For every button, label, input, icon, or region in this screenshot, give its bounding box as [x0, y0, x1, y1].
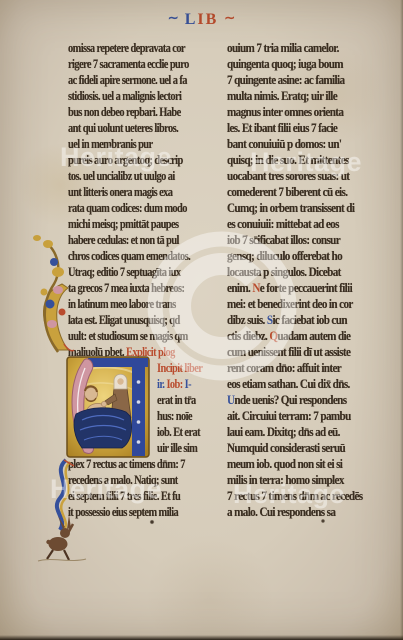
text-line: quisq; in die suo. Et mittentes [227, 152, 378, 168]
illuminated-initial-V [64, 354, 152, 460]
text-segment: quisq; in die suo. Et mittentes [227, 153, 349, 167]
text-line: bant conuiuiū p domos: un' [227, 136, 378, 152]
text-segment: iob 7 sc̄ificabat illos: consur [227, 233, 340, 247]
text-line: enim. Ne forte peccauerint filii [227, 280, 378, 296]
text-line: in latinum meo labore trans [68, 296, 196, 312]
title-letter: B [206, 11, 219, 28]
text-segment: ait. Circuiui terram: 7 pambu [227, 409, 351, 423]
text-segment: erat in tr̄a [157, 393, 196, 407]
text-segment: uult: et studiosum se magis qm [68, 329, 188, 343]
text-segment: ic faciebat iob cun [272, 313, 346, 327]
text-line: lata est. Eligat unusquisq; qd [68, 312, 196, 328]
text-line: a malo. Cui respondens sa [227, 504, 378, 520]
text-line: Unde uenis? Qui respondens [227, 392, 378, 408]
text-segment: uadam autem die [277, 329, 350, 343]
text-line: mei: et benedixerint deo in cor [227, 296, 378, 312]
text-segment: quingenta quoq; iuga boum [227, 57, 343, 71]
text-line: cum uenissent filii dī ut assiste [227, 344, 378, 360]
text-line: es conuiuii: mittebat ad eos [227, 216, 378, 232]
text-line: pureis auro argentoq; descrip [68, 152, 196, 168]
text-segment: stidiosis. uel a malignis lectori [68, 89, 181, 103]
text-line: uocabant tres sorores suas: ut [227, 168, 378, 184]
text-line: iob 7 sc̄ificabat illos: consur [227, 232, 378, 248]
text-line: habere cedulas: et non tā pul [68, 232, 196, 248]
text-line: ctis diebz. Quadam autem die [227, 328, 378, 344]
text-line: ouium 7 tria milia camelor. [227, 40, 378, 56]
text-line: unt litteris onera magis exa [68, 184, 196, 200]
text-line: gensq; diluculo offerebat ho [227, 248, 378, 264]
text-segment: lata est. Eligat unusquisq; qd [68, 313, 180, 327]
text-segment: multa nimis. Eratq; uir ille [227, 89, 337, 103]
text-line: dibz suis. Sic faciebat iob cun [227, 312, 378, 328]
title-letter: L [185, 11, 198, 28]
rubric-segment: Incipit liber [157, 361, 202, 375]
text-line: tos. uel uncialibz ut uulgo ai [68, 168, 196, 184]
text-segment: bant conuiuiū p domos: un' [227, 137, 341, 151]
text-segment: 7 rectus 7 timens dn̄m ac recedēs [227, 489, 363, 503]
rubric-segment: Iob: [166, 377, 184, 391]
rubric-segment: ir. [157, 377, 166, 391]
text-segment: dibz suis. [227, 313, 267, 327]
photo-edge-shadow-bottom [0, 635, 403, 640]
text-segment: 7 quingente asine: ac familia [227, 73, 344, 87]
title-flourish-right: ∼ [224, 10, 235, 25]
text-segment: a malo. Cui respondens sa [227, 505, 335, 519]
text-column-right: ouium 7 tria milia camelor.quingenta quo… [227, 40, 395, 520]
text-segment: ac fideli apire sermone. uel a fa [68, 73, 187, 87]
text-segment: tos. uel uncialibz ut uulgo ai [68, 169, 175, 183]
text-line: Numquid considerasti seruū [227, 440, 378, 456]
text-segment: uocabant tres sorores suas: ut [227, 169, 349, 183]
text-segment: pureis auro argentoq; descrip [68, 153, 183, 167]
text-segment: eos etiam sathan. Cui dix̄ dn̄s. [227, 377, 350, 391]
running-title: ∼ LIB ∼ [0, 10, 403, 29]
text-line: ant qui uolunt ueteres libros. [68, 120, 196, 136]
text-segment: cum uenissent filii dī ut assiste [227, 345, 350, 359]
ornament-shapes [33, 235, 74, 352]
text-segment: uel in membranis pur [68, 137, 153, 151]
text-segment: meum iob. quod non sit ei si [227, 457, 342, 471]
text-segment: milis in terra: homo simplex [227, 473, 344, 487]
text-line: rigere 7 sacramenta ecclie puro [68, 56, 196, 72]
title-letter: I [197, 11, 205, 28]
text-segment: es conuiuii: mittebat ad eos [227, 217, 339, 231]
text-line: eos etiam sathan. Cui dix̄ dn̄s. [227, 376, 378, 392]
text-line: ta grecos 7 mea iuxta hebreos: [68, 280, 196, 296]
text-segment: rigere 7 sacramenta ecclie puro [68, 57, 189, 71]
text-line: rata quam codices: dum modo [68, 200, 196, 216]
rubric-segment: I- [185, 377, 191, 391]
text-line: Cumq; in orbem transissent di [227, 200, 378, 216]
text-segment: enim. [227, 281, 252, 295]
text-segment: mei: et benedixerint deo in cor [227, 297, 353, 311]
text-line: meum iob. quod non sit ei si [227, 456, 378, 472]
text-segment: comederent 7 biberent cū eis. [227, 185, 347, 199]
text-segment: Numquid considerasti seruū [227, 441, 345, 455]
text-segment: magnus inter omnes orienta [227, 105, 343, 119]
text-line: omissa repetere depravata cor [68, 40, 196, 56]
text-segment: michi meisq; pmittāt paupes [68, 217, 178, 231]
text-line: comederent 7 biberent cū eis. [227, 184, 378, 200]
text-segment: uir ille sim [157, 441, 197, 455]
bed-blanket [74, 408, 132, 448]
text-segment: habere cedulas: et non tā pul [68, 233, 179, 247]
text-line: 7 rectus 7 timens dn̄m ac recedēs [227, 488, 378, 504]
text-segment: gensq; diluculo offerebat ho [227, 249, 342, 263]
text-segment: ant qui uolunt ueteres libros. [68, 121, 178, 135]
text-line: michi meisq; pmittāt paupes [68, 216, 196, 232]
running-title-letters: LIB [185, 11, 219, 28]
text-segment: iob. Et erat [157, 425, 200, 439]
text-segment: les. Et ibant filii eius 7 facie [227, 121, 337, 135]
text-segment: unt litteris onera magis exa [68, 185, 172, 199]
text-segment: rent coram dn̄o: affuit inter [227, 361, 341, 375]
text-line: ait. Circuiui terram: 7 pambu [227, 408, 378, 424]
text-line: multa nimis. Eratq; uir ille [227, 88, 378, 104]
text-line: ac fideli apire sermone. uel a fa [68, 72, 196, 88]
text-line: stidiosis. uel a malignis lectori [68, 88, 196, 104]
foliate-dragon-ornament [28, 232, 76, 358]
text-line: uel in membranis pur [68, 136, 196, 152]
text-segment: in latinum meo labore trans [68, 297, 176, 311]
text-line: bus non debeo repbari. Habe [68, 104, 196, 120]
text-segment: ouium 7 tria milia camelor. [227, 41, 339, 55]
text-line: magnus inter omnes orienta [227, 104, 378, 120]
text-segment: laui eam. Dixitq; dn̄s ad eū. [227, 425, 340, 439]
text-line: quingenta quoq; iuga boum [227, 56, 378, 72]
text-segment: Cumq; in orbem transissent di [227, 201, 354, 215]
text-segment: ta grecos 7 mea iuxta hebreos: [68, 281, 184, 295]
text-segment: locausta p singulos. Dicebat [227, 265, 341, 279]
text-line: milis in terra: homo simplex [227, 472, 378, 488]
title-flourish-left: ∼ [168, 10, 179, 25]
text-segment: bus non debeo repbari. Habe [68, 105, 181, 119]
rubric-segment: Q [269, 329, 277, 343]
text-segment: chros codices quam emendatos. [68, 249, 190, 263]
text-segment: hus: noīe [157, 409, 192, 423]
text-line: 7 quingente asine: ac familia [227, 72, 378, 88]
text-line: Utraq; editio 7 septuagīta iux [68, 264, 196, 280]
vine-tail-ornament [36, 458, 88, 563]
text-line: locausta p singulos. Dicebat [227, 264, 378, 280]
text-line: chros codices quam emendatos. [68, 248, 196, 264]
text-line: les. Et ibant filii eius 7 facie [227, 120, 378, 136]
text-segment: rata quam codices: dum modo [68, 201, 187, 215]
text-line: uult: et studiosum se magis qm [68, 328, 196, 344]
text-segment: ctis diebz. [227, 329, 269, 343]
text-line: rent coram dn̄o: affuit inter [227, 360, 378, 376]
manuscript-page-photo: ∼ LIB ∼ omissa repetere depravata corrig… [0, 0, 403, 640]
text-segment: e forte peccauerint filii [260, 281, 352, 295]
text-segment: omissa repetere depravata cor [68, 41, 185, 55]
text-segment: Utraq; editio 7 septuagīta iux [68, 265, 180, 279]
text-line: laui eam. Dixitq; dn̄s ad eū. [227, 424, 378, 440]
text-segment: nde uenis? Qui respondens [234, 393, 346, 407]
